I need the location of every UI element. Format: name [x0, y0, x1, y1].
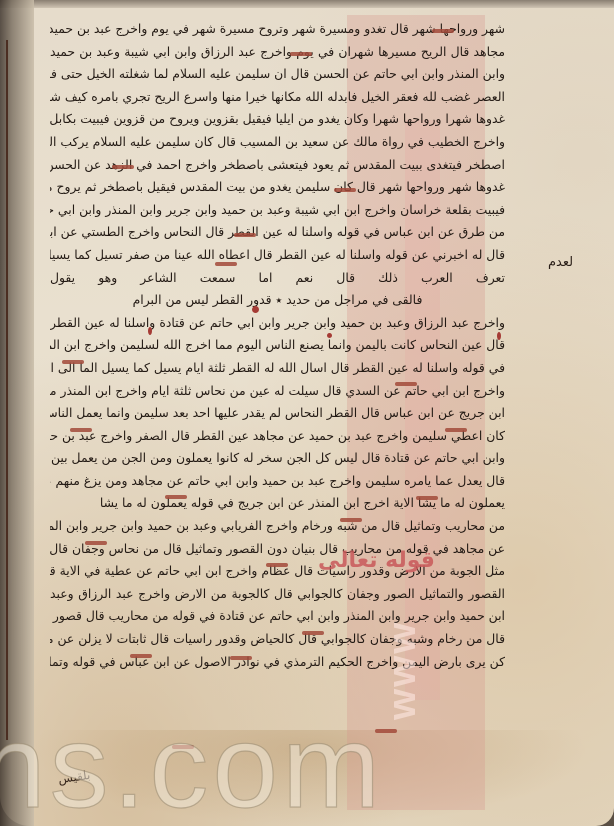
rubric-mark [266, 563, 288, 567]
rubric-mark [445, 428, 467, 432]
rubric-mark [62, 360, 84, 364]
manuscript-text: شهر ورواحها شهر قال تغدو ومسيرة شهر وترو… [50, 18, 505, 673]
text-line: تعرف العرب ذلك قال نعم اما سمعت الشاعر و… [50, 267, 505, 290]
text-line: غدوها شهر ورواحها شهر قال كان سليمن يغدو… [50, 176, 505, 199]
text-line: قال عين النحاس كانت باليمن وانما يصنع ال… [50, 334, 505, 357]
text-line: وابن ابي حاتم عن قتادة قال ليس كل الجن س… [50, 447, 505, 470]
text-line: مجاهد قال الريح مسيرها شهران في يوم واخر… [50, 41, 505, 64]
rubric-mark [85, 541, 107, 545]
text-line: غدوها شهرا ورواحها شهرا وكان يغدو من ايل… [50, 108, 505, 131]
text-line: قال له اخبرني عن قوله واسلنا له عين القط… [50, 244, 505, 267]
verse-mark [148, 327, 152, 335]
rubric-mark [290, 52, 312, 56]
rubric-mark [70, 428, 92, 432]
text-line: العصر غضب لله فعقر الخيل فابدله الله مكا… [50, 86, 505, 109]
rubric-mark [416, 496, 438, 500]
text-line: فيبيت بقلعة خراسان واخرج ابن ابي شيبة وع… [50, 199, 505, 222]
rubric-mark [340, 518, 362, 522]
rubric-mark [395, 382, 417, 386]
rubric-mark [130, 654, 152, 658]
rubric-mark [165, 495, 187, 499]
rubric-mark [215, 262, 237, 266]
manuscript-page: شهر ورواحها شهر قال تغدو ومسيرة شهر وترو… [0, 0, 614, 826]
rubric-mark [234, 233, 256, 237]
watermark-vertical-text: www [380, 621, 425, 720]
rubric-mark [230, 656, 252, 660]
text-line: من محاريب وتماثيل قال من شبه ورخام واخرج… [50, 515, 505, 538]
verse-dot [327, 333, 332, 338]
margin-note: لعدم [548, 255, 573, 270]
rubric-mark [302, 631, 324, 635]
verse-dot [252, 306, 259, 313]
rubric-mark [432, 29, 454, 33]
text-line: واخرج ابن ابي حاتم عن السدي قال سيلت له … [50, 380, 505, 403]
section-heading: قوله تعالى [318, 548, 435, 573]
text-line: واخرج الخطيب في رواة مالك عن سعيد بن الم… [50, 131, 505, 154]
text-line: قال من رخام وشبه وجفان كالجوابي قال كالح… [50, 628, 505, 651]
binding-line [6, 40, 8, 740]
watermark-bottom-text: ns.com [0, 708, 384, 826]
text-line: ابن حميد وابن جرير وابن المنذر وابن ابي … [50, 605, 505, 628]
text-line: كان اعطي سليمن واخرج عبد بن حميد عن مجاه… [50, 425, 505, 448]
text-line: واخرج عبد الرزاق وعبد بن حميد وابن جرير … [50, 312, 505, 335]
verse-line: فالقى في مراجل من حديد ٭ قدور القطر ليس … [50, 289, 505, 312]
rubric-mark [334, 188, 356, 192]
text-line: ابن جريج عن ابن عباس قال القطر النحاس لم… [50, 402, 505, 425]
text-line: في قوله واسلنا له عين القطر قال اسال الل… [50, 357, 505, 380]
text-line: من طرق عن ابن عباس في قوله واسلنا له عين… [50, 221, 505, 244]
text-line: عن مجاهد في قوله من محاريب قال بنيان دون… [50, 538, 505, 561]
text-line: كن يرى بارض اليمن واخرج الحكيم الترمذي ف… [50, 651, 505, 674]
rubric-mark [112, 165, 134, 169]
page-top-edge [0, 0, 614, 8]
verse-mark [497, 332, 501, 340]
text-line: القصور والتماثيل الصور وجفان كالجوابي قا… [50, 583, 505, 606]
text-line: قال يعدل عما يامره سليمن واخرج عبد بن حم… [50, 470, 505, 493]
text-line: وابن المنذر وابن ابي حاتم عن الحسن قال ا… [50, 63, 505, 86]
